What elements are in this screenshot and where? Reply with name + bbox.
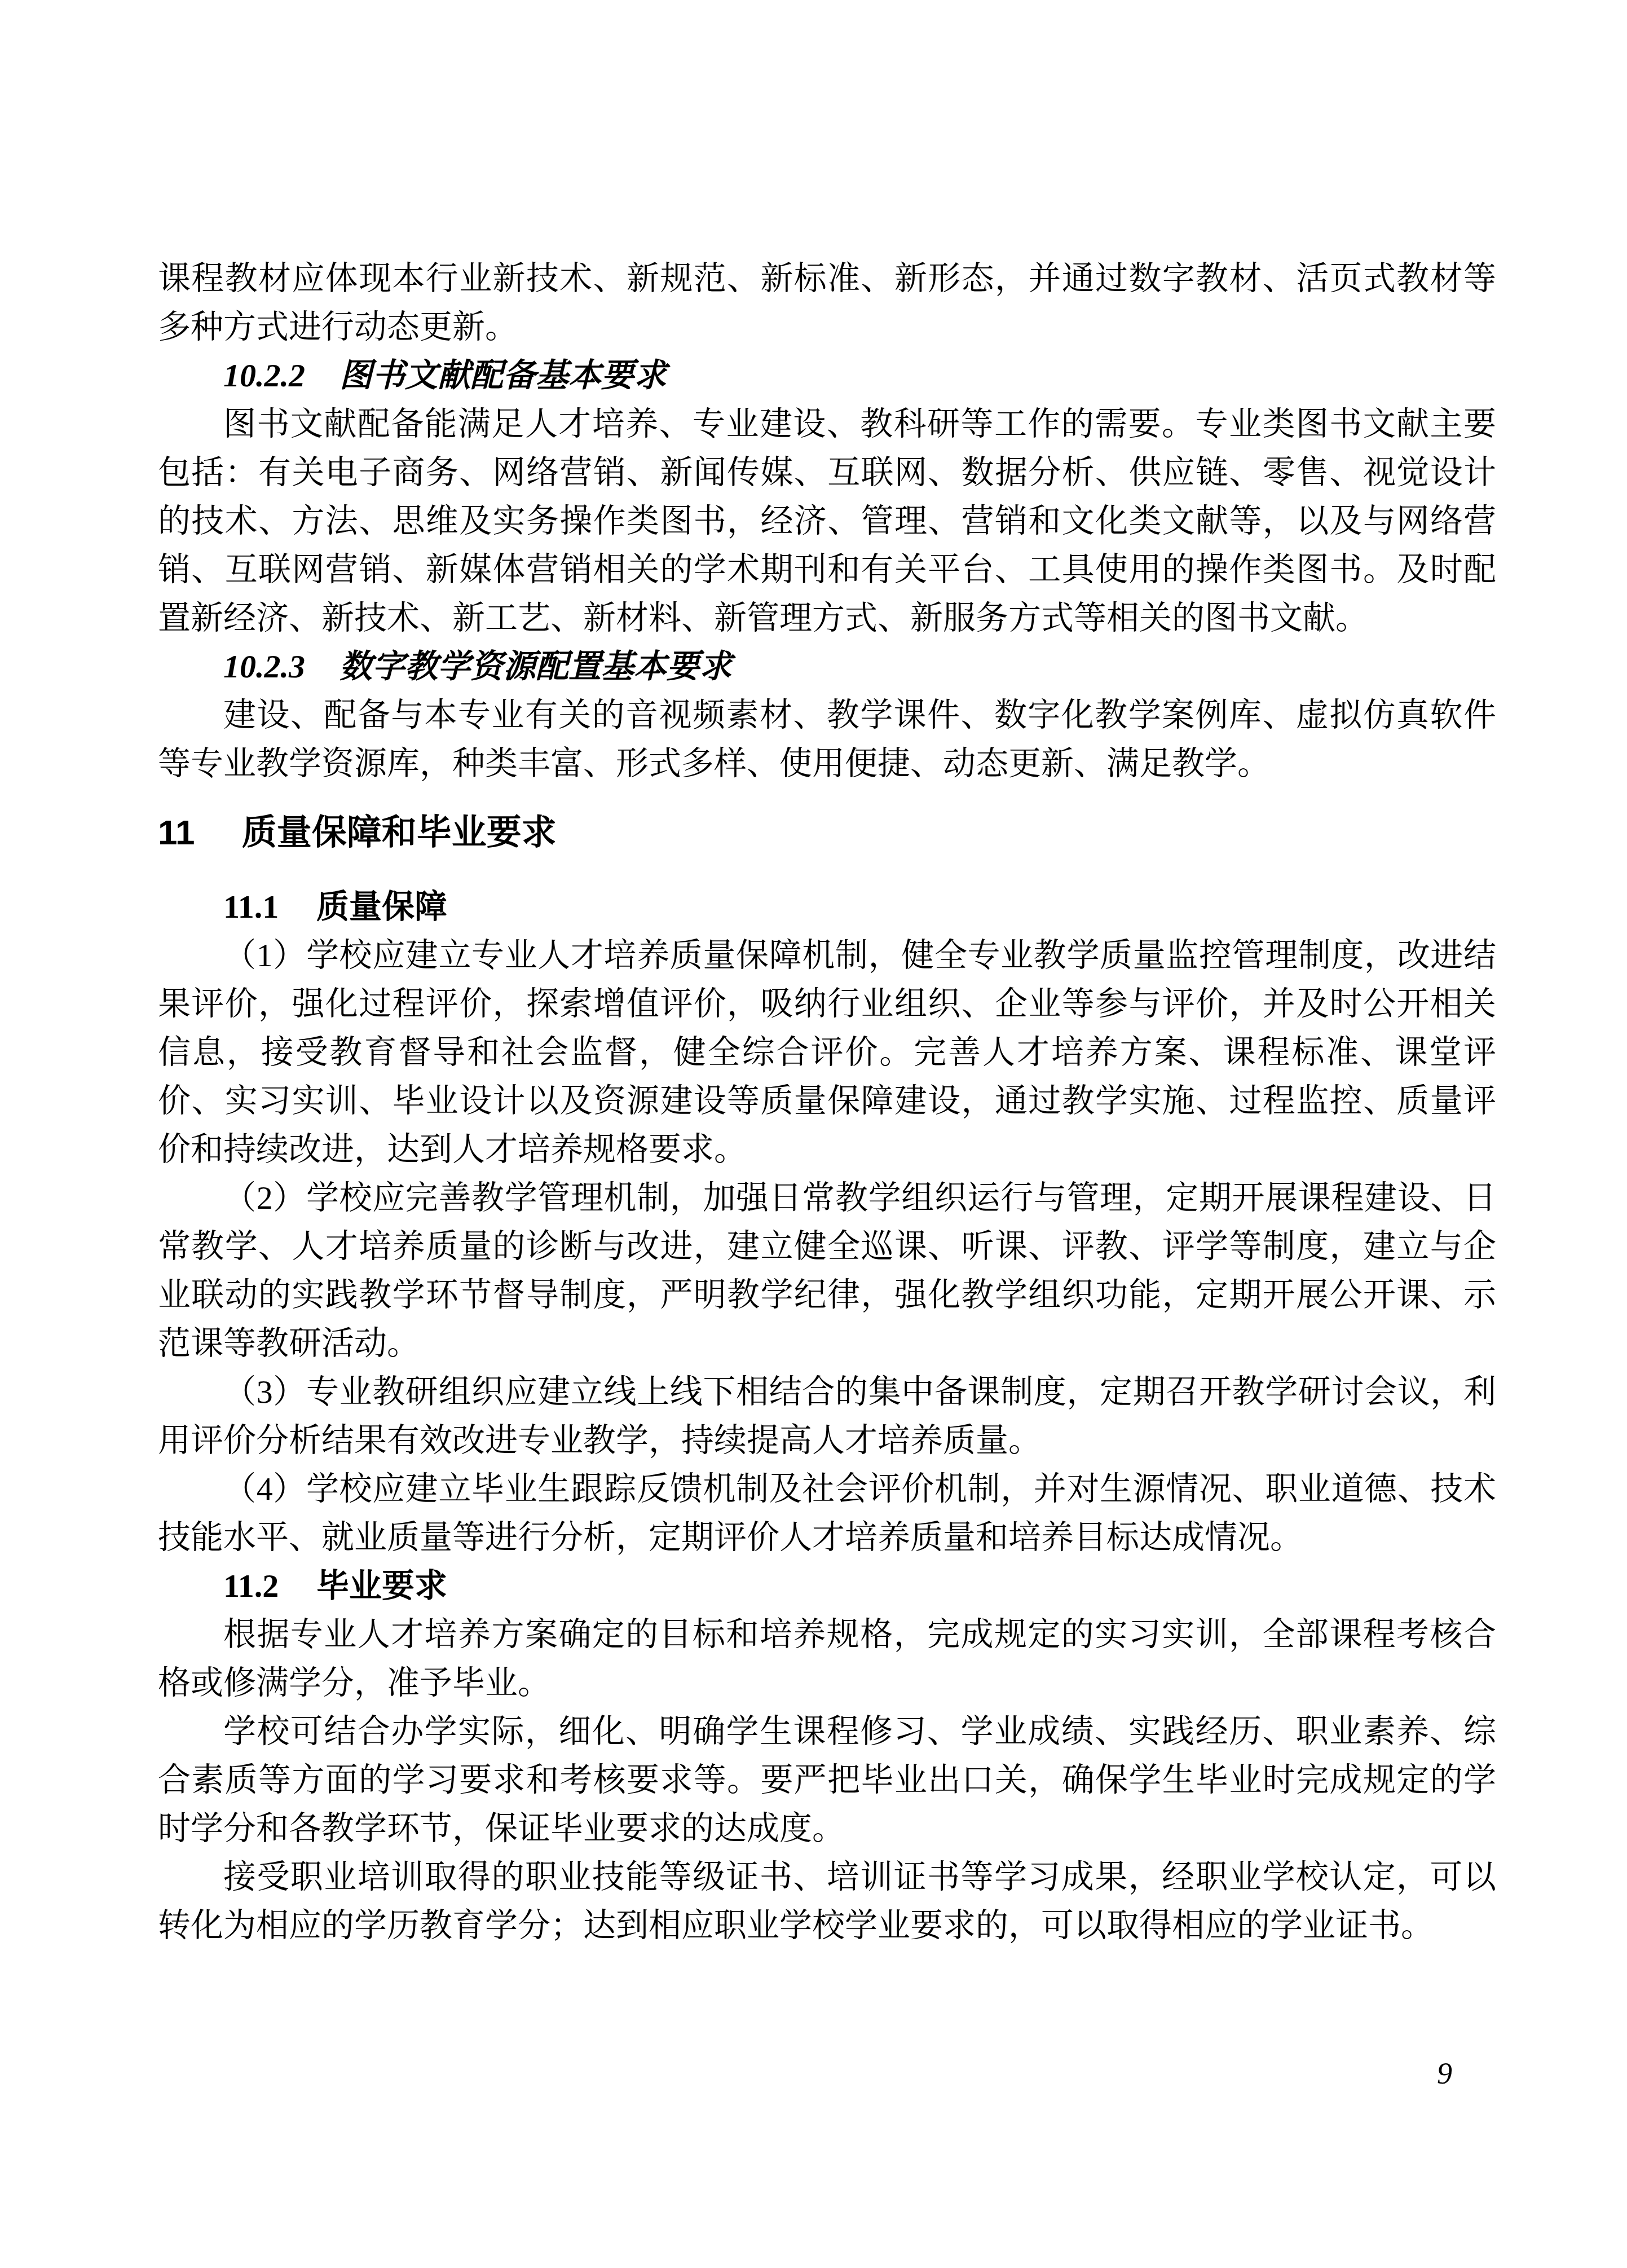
- paragraph-graduation-criteria: 根据专业人才培养方案确定的目标和培养规格，完成规定的实习实训，全部课程考核合格或…: [158, 1610, 1496, 1707]
- page-number: 9: [1437, 2056, 1452, 2091]
- paragraph-digital-teaching-resources: 建设、配备与本专业有关的音视频素材、教学课件、数字化教学案例库、虚拟仿真软件等专…: [158, 691, 1496, 788]
- paragraph-graduation-school-requirements: 学校可结合办学实际，细化、明确学生课程修习、学业成绩、实践经历、职业素养、综合素…: [158, 1707, 1496, 1853]
- heading-11-2-graduation-requirements: 11.2 毕业要求: [158, 1562, 1496, 1610]
- heading-11-1-quality-assurance: 11.1 质量保障: [158, 883, 1496, 931]
- heading-number: 10.2.3: [223, 648, 305, 685]
- document-page: 课程教材应体现本行业新技术、新规范、新标准、新形态，并通过数字教材、活页式教材等…: [0, 0, 1627, 2268]
- heading-number: 11.1: [223, 888, 279, 925]
- heading-11-quality-and-graduation: 11 质量保障和毕业要求: [158, 809, 1496, 857]
- heading-title: 质量保障和毕业要求: [242, 813, 557, 852]
- heading-title: 图书文献配备基本要求: [339, 357, 667, 394]
- paragraph-credit-conversion: 接受职业培训取得的职业技能等级证书、培训证书等学习成果，经职业学校认定，可以转化…: [158, 1853, 1496, 1950]
- paragraph-quality-item-3: （3）专业教研组织应建立线上线下相结合的集中备课制度，定期召开教学研讨会议，利用…: [158, 1368, 1496, 1465]
- paragraph-quality-item-4: （4）学校应建立毕业生跟踪反馈机制及社会评价机制，并对生源情况、职业道德、技术技…: [158, 1465, 1496, 1562]
- heading-10-2-3: 10.2.3 数字教学资源配置基本要求: [158, 642, 1496, 691]
- heading-number: 11: [158, 813, 195, 852]
- heading-number: 10.2.2: [223, 357, 305, 394]
- heading-number: 11.2: [223, 1567, 279, 1604]
- paragraph-quality-item-2: （2）学校应完善教学管理机制，加强日常教学组织运行与管理，定期开展课程建设、日常…: [158, 1174, 1496, 1368]
- heading-title: 毕业要求: [316, 1567, 447, 1604]
- heading-10-2-2: 10.2.2 图书文献配备基本要求: [158, 351, 1496, 400]
- heading-title: 数字教学资源配置基本要求: [339, 648, 732, 685]
- heading-title: 质量保障: [316, 888, 447, 925]
- paragraph-textbook-dynamic-update: 课程教材应体现本行业新技术、新规范、新标准、新形态，并通过数字教材、活页式教材等…: [158, 254, 1496, 351]
- paragraph-quality-item-1: （1）学校应建立专业人才培养质量保障机制，健全专业教学质量监控管理制度，改进结果…: [158, 931, 1496, 1174]
- document-content: 课程教材应体现本行业新技术、新规范、新标准、新形态，并通过数字教材、活页式教材等…: [158, 254, 1496, 1950]
- paragraph-library-literature: 图书文献配备能满足人才培养、专业建设、教科研等工作的需要。专业类图书文献主要包括…: [158, 400, 1496, 642]
